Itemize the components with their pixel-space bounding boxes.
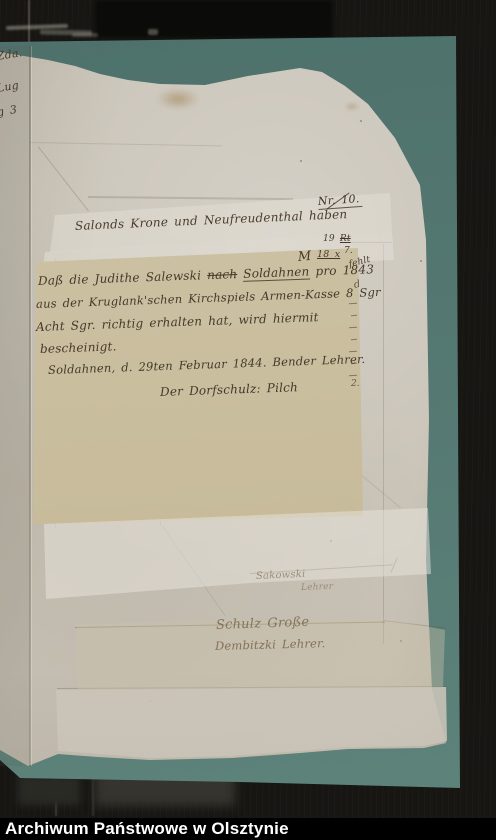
paper-stain (344, 102, 360, 111)
tally-tick (351, 339, 357, 340)
certificate-line-4: bescheinigt. (40, 339, 117, 356)
tally-tick (349, 327, 357, 329)
photo-backdrop: Zda. Lug g 3 Nr. 10. Salonds Krone und N… (0, 0, 496, 818)
tally-tick (349, 351, 357, 353)
archive-caption: Archiwum Państwowe w Olsztynie (0, 818, 496, 840)
faint-signature-title: Lehrer (301, 582, 334, 593)
spine-fold-shade (0, 46, 30, 766)
scuff-mark (72, 33, 98, 37)
fold-highlight (31, 46, 32, 766)
margin-amount-mid: 18 x (317, 249, 340, 260)
paper-speck (420, 260, 422, 262)
signature-dembitzki: Dembitzki Lehrer. (215, 636, 326, 653)
binding-shadow (18, 775, 80, 805)
underlined-place-name: Soldahnen (243, 265, 310, 282)
margin-monogram: M (297, 249, 312, 265)
margin-amount-denominator: 7. (344, 246, 353, 256)
scuff-mark (148, 29, 158, 35)
margin-mark: 2. (351, 379, 360, 389)
certificate-line-1-year: pro 1843 (315, 262, 374, 278)
paper-speck (360, 120, 362, 122)
binding-shadow (95, 0, 333, 38)
tally-tick (351, 315, 357, 316)
paper-speck (300, 160, 302, 162)
archive-scan-viewer: Zda. Lug g 3 Nr. 10. Salonds Krone und N… (0, 0, 496, 840)
margin-amount-top: 19 Rt (323, 234, 351, 244)
tally-tick (349, 303, 357, 305)
margin-amount-unit: Rt (340, 234, 351, 244)
struck-word: nach (207, 267, 238, 282)
tally-marks (349, 303, 357, 376)
paper-stain (156, 88, 200, 110)
archive-caption-bar: Archiwum Państwowe w Olsztynie (0, 818, 496, 840)
margin-amount-value: 19 (323, 234, 335, 244)
crease-line (383, 244, 384, 644)
faint-signature-name: Sakowski (256, 569, 306, 582)
spine-edge-line (28, 0, 30, 48)
tally-tick (351, 363, 357, 364)
